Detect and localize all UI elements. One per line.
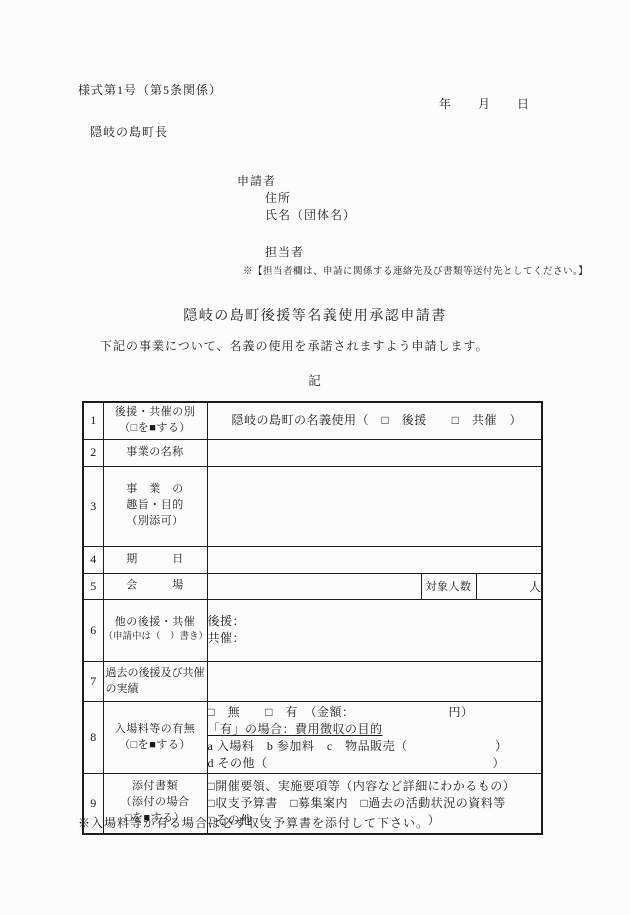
attendee-count-label: 対象人数 [421, 573, 476, 599]
table-row-sponsorship-type: 1 後援・共催の別 （□を■する） 隠岐の島町の名義使用（ □ 後援 □ 共催 … [83, 402, 542, 439]
row-number: 2 [83, 439, 103, 466]
row-number: 7 [83, 662, 103, 702]
applicant-address-label: 住所 [265, 191, 291, 207]
contact-person-note: ※【担当者欄は、申請に関係する連絡先及び書類等送付先としてください。】 [243, 263, 588, 277]
row-label: 入場料等の有無 （□を■する） [103, 702, 207, 774]
document-title: 隠岐の島町後援等名義使用承認申請書 [0, 305, 630, 325]
form-number: 様式第1号（第5条関係） [78, 83, 222, 99]
row-value-sponsorship-type: 隠岐の島町の名義使用（ □ 後援 □ 共催 ） [207, 402, 542, 439]
document-page: 様式第1号（第5条関係） 年 月 日 隠岐の島町長 申請者 住所 氏名（団体名）… [0, 0, 630, 915]
applicant-label: 申請者 [237, 174, 276, 190]
footnote: ※入場料等が有る場合は必ず収支予算書を添付して下さい。 [78, 816, 429, 832]
table-row-past-record: 7 過去の後援及び共催 の実績 [83, 662, 542, 702]
contact-person-label: 担当者 [265, 245, 304, 261]
row-label: 事業の名称 [103, 439, 207, 466]
row-number: 6 [83, 599, 103, 662]
row-value-project-name [207, 439, 542, 466]
row-label: 後援・共催の別 （□を■する） [103, 402, 207, 439]
application-table: 1 後援・共催の別 （□を■する） 隠岐の島町の名義使用（ □ 後援 □ 共催 … [82, 401, 543, 835]
table-row-project-purpose: 3 事 業 の 趣旨・目的 （別添可） [83, 466, 542, 546]
row-label-main: 他の後援・共催 [115, 616, 196, 628]
addressee: 隠岐の島町長 [90, 125, 168, 141]
row-value-venue [207, 573, 421, 599]
attachment-option-line: □収支予算書 □募集案内 □過去の活動状況の資料等 [208, 795, 542, 812]
date-line: 年 月 日 [439, 97, 530, 113]
row-number: 3 [83, 466, 103, 546]
row-label: 他の後援・共催 （申請中は（ ）書き） [103, 599, 207, 662]
applicant-name-label: 氏名（団体名） [265, 208, 356, 224]
table-row-date: 4 期 日 [83, 546, 542, 573]
row-value-date [207, 546, 542, 573]
row-number: 1 [83, 402, 103, 439]
fee-options-line: a 入場料 b 参加料 c 物品販売（ ） [208, 738, 542, 755]
fee-checkbox-line: □ 無 □ 有 （金額： 円） [208, 704, 542, 721]
intro-sentence: 下記の事業について、名義の使用を承諾されますよう申請します。 [100, 339, 489, 355]
row-number: 8 [83, 702, 103, 774]
table-row-admission-fee: 8 入場料等の有無 （□を■する） □ 無 □ 有 （金額： 円） 「有」の場合… [83, 702, 542, 774]
row-value-other-sponsors: 後援： 共催： [207, 599, 542, 662]
table-row-project-name: 2 事業の名称 [83, 439, 542, 466]
row-value-past-record [207, 662, 542, 702]
table-row-other-sponsors: 6 他の後援・共催 （申請中は（ ）書き） 後援： 共催： [83, 599, 542, 662]
row-label: 会 場 [103, 573, 207, 599]
row-number: 5 [83, 573, 103, 599]
row-label-sub: （申請中は（ ）書き） [104, 631, 207, 645]
table-row-venue: 5 会 場 対象人数 人 [83, 573, 542, 599]
fee-purpose-heading: 「有」の場合：費用徴収の目的 [208, 721, 542, 738]
row-value-project-purpose [207, 466, 542, 546]
row-number: 4 [83, 546, 103, 573]
row-label: 事 業 の 趣旨・目的 （別添可） [103, 466, 207, 546]
row-value-admission-fee: □ 無 □ 有 （金額： 円） 「有」の場合：費用徴収の目的 a 入場料 b 参… [207, 702, 542, 774]
attachment-option-line: □開催要領、実施要項等（内容など詳細にわかるもの） [208, 778, 542, 795]
ki-separator: 記 [0, 371, 630, 389]
attendee-count-unit: 人 [476, 573, 542, 599]
fee-other-line: d その他（ ） [208, 755, 542, 772]
row-label: 過去の後援及び共催 の実績 [103, 662, 207, 702]
row-label: 期 日 [103, 546, 207, 573]
